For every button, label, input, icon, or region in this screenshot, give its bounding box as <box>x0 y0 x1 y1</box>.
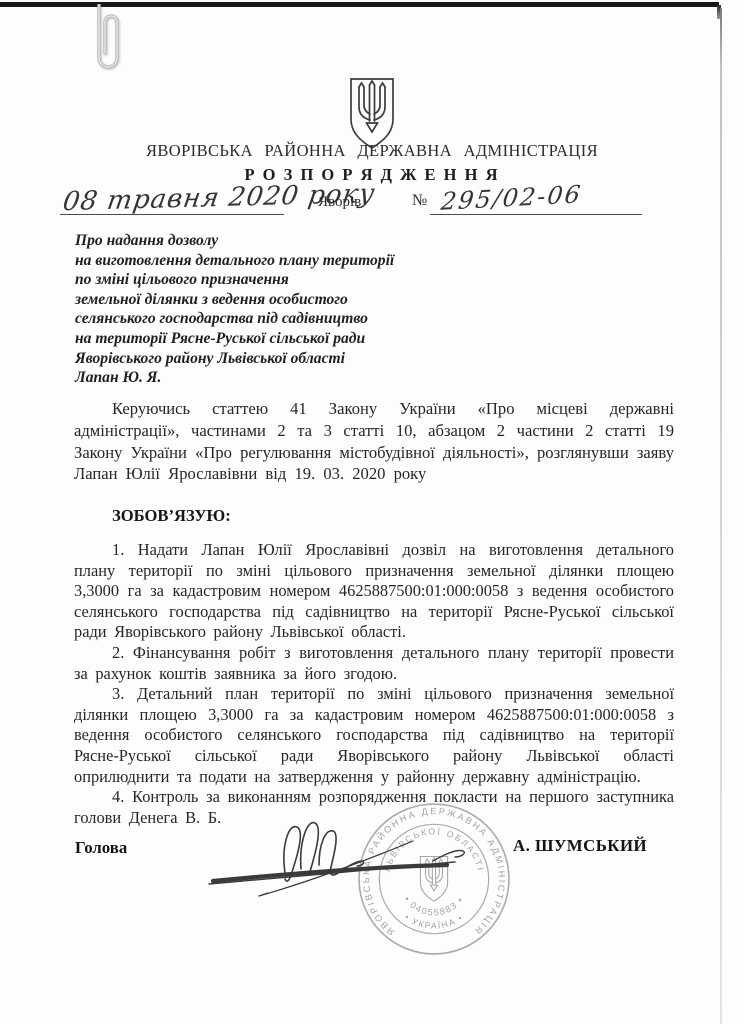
paperclip-icon <box>84 4 128 86</box>
subject-line: на території Рясне-Руської сільської рад… <box>75 329 595 349</box>
order-item: 1. Надати Лапан Юлії Ярославівні дозвіл … <box>74 540 674 643</box>
subject-line: Про надання дозволу <box>75 231 595 251</box>
place-name: Яворів <box>318 194 361 211</box>
date-underline <box>60 214 284 215</box>
authority-name: ЯВОРІВСЬКА РАЙОННА ДЕРЖАВНА АДМІНІСТРАЦІ… <box>0 141 744 161</box>
subject-line: земельної ділянки з ведення особистого <box>75 290 595 310</box>
subject-line: на виготовлення детального плану територ… <box>75 251 595 271</box>
ukraine-trident-emblem <box>347 77 397 151</box>
subject-line: Лапан Ю. Я. <box>75 368 595 388</box>
subject-line: по зміні цільового призначення <box>75 270 595 290</box>
subject-line: селянського господарства під садівництво <box>75 309 595 329</box>
number-underline <box>430 214 642 215</box>
scanned-document-page: { "doc": { "authority": "ЯВОРІВСЬКА РАЙО… <box>0 0 744 1024</box>
number-handwritten: 295/02-06 <box>439 180 583 216</box>
order-item: 3. Детальний план території по зміні ціл… <box>74 684 674 787</box>
order-items: 1. Надати Лапан Юлії Ярославівні дозвіл … <box>74 540 674 828</box>
preamble-paragraph: Керуючись статтею 41 Закону України «Про… <box>74 398 674 485</box>
order-item: 2. Фінансування робіт з виготовлення дет… <box>74 643 674 684</box>
resolution-keyword: ЗОБОВ’ЯЗУЮ: <box>112 506 231 526</box>
signer-name: А. ШУМСЬКИЙ <box>513 836 647 856</box>
number-sign: № <box>412 192 427 210</box>
handwritten-signature <box>185 805 485 915</box>
subject-line: Яворівського району Львівської області <box>75 349 595 369</box>
subject-block: Про надання дозволу на виготовлення дета… <box>75 231 595 388</box>
signer-title: Голова <box>75 838 127 858</box>
